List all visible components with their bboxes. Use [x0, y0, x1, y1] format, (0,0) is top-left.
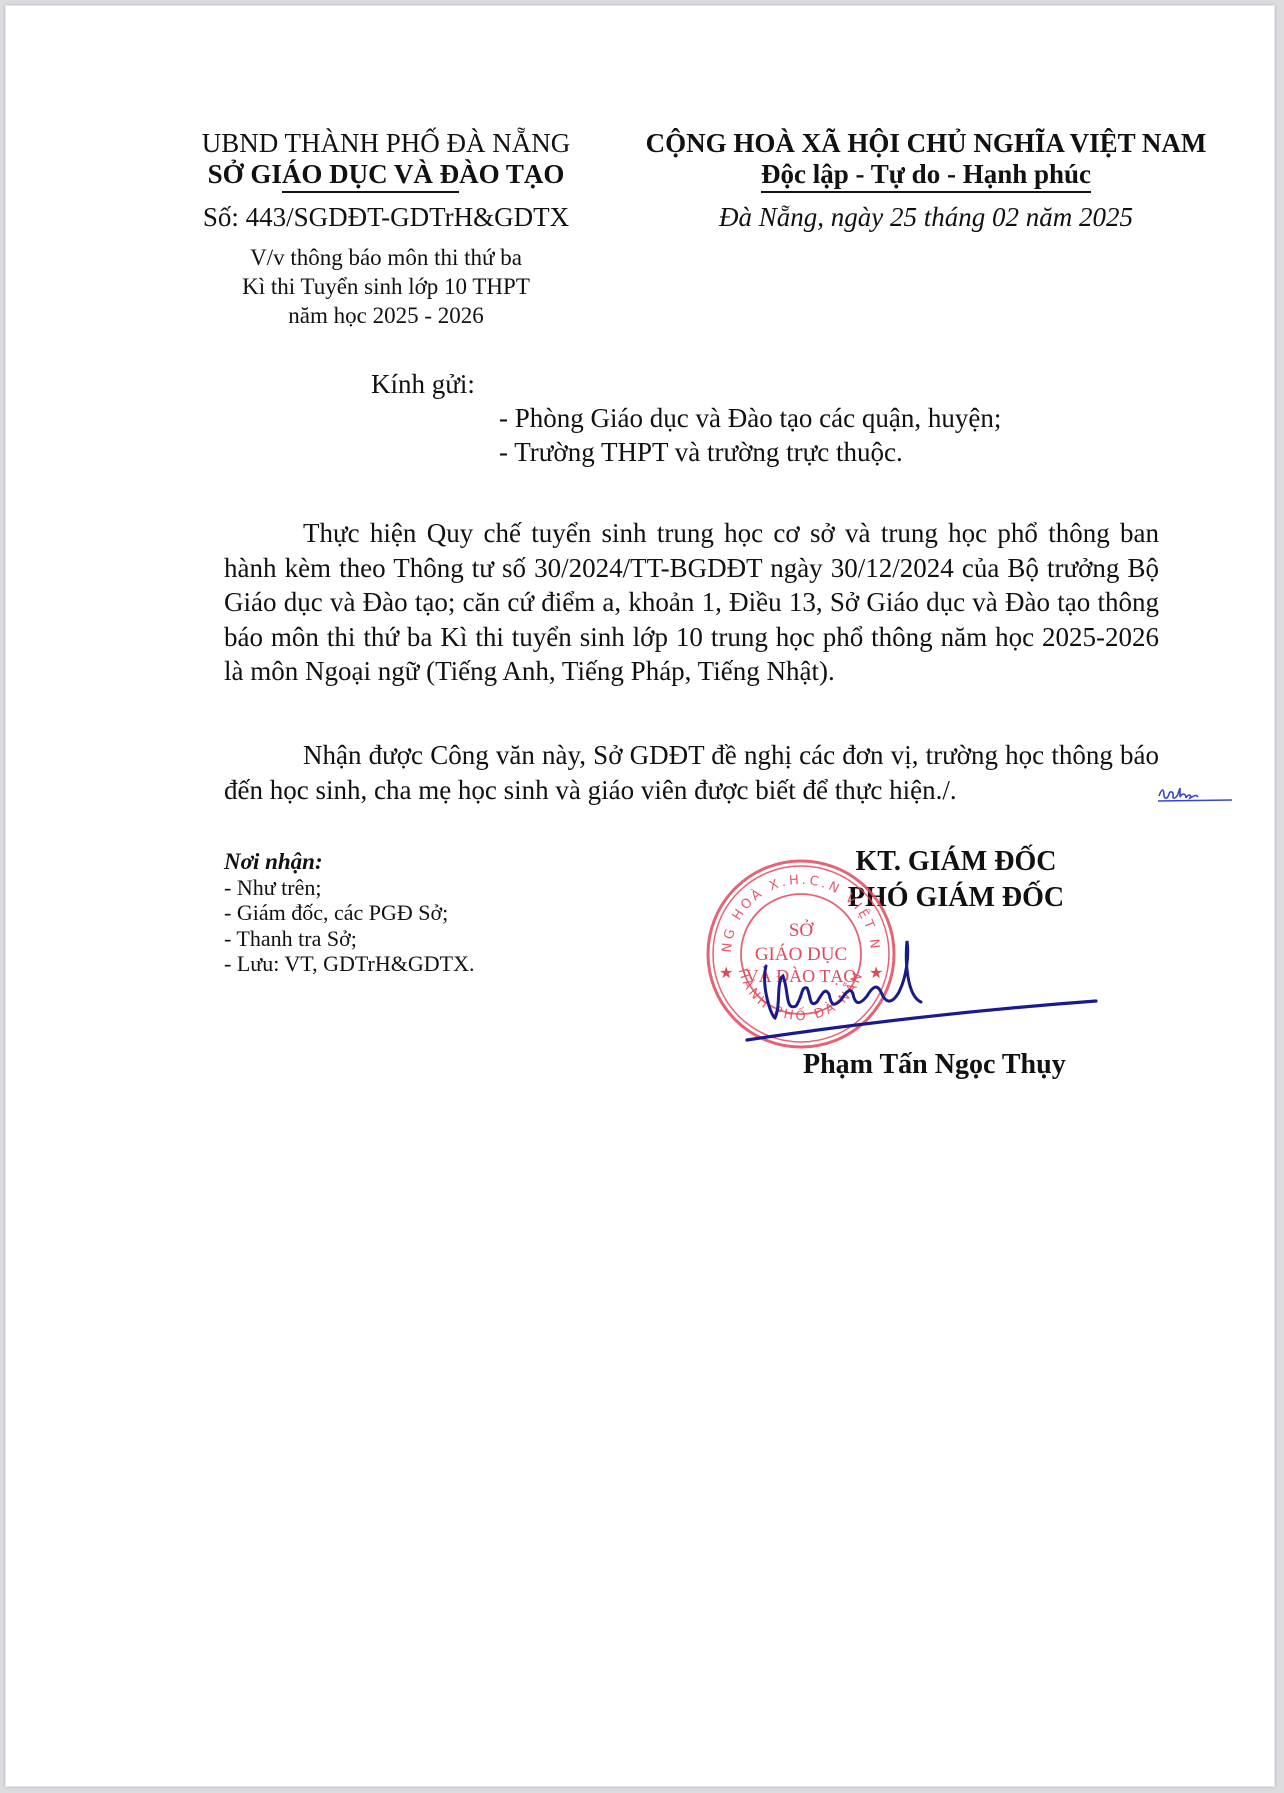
distribution-item: - Như trên;: [224, 875, 474, 901]
body-paragraph-1: Thực hiện Quy chế tuyển sinh trung học c…: [224, 516, 1159, 689]
national-title: CỘNG HOÀ XÃ HỘI CHỦ NGHĨA VIỆT NAM: [626, 128, 1226, 159]
document-page: UBND THÀNH PHỐ ĐÀ NẴNG SỞ GIÁO DỤC VÀ ĐÀ…: [5, 5, 1275, 1787]
distribution-item: - Lưu: VT, GDTrH&GDTX.: [224, 951, 474, 977]
subject-line: Kì thi Tuyển sinh lớp 10 THPT: [186, 272, 586, 301]
recipients-title: Kính gửi:: [371, 369, 475, 400]
document-subject: V/v thông báo môn thi thứ ba Kì thi Tuyể…: [186, 243, 586, 330]
initials-mark: [1156, 784, 1236, 804]
subject-line: năm học 2025 - 2026: [186, 301, 586, 330]
national-header: CỘNG HOÀ XÃ HỘI CHỦ NGHĨA VIỆT NAM Độc l…: [626, 128, 1226, 233]
recipient-item: - Trường THPT và trường trực thuộc.: [499, 437, 903, 468]
recipient-item: - Phòng Giáo dục và Đào tạo các quận, hu…: [499, 403, 1001, 434]
agency-part-underlined: ÁO DỤC VÀ Đ: [282, 159, 459, 193]
document-number: Số: 443/SGDĐT-GDTrH&GDTX: [186, 202, 586, 233]
motto-text: Độc lập - Tự do - Hạnh phúc: [761, 159, 1091, 193]
issuer-header: UBND THÀNH PHỐ ĐÀ NẴNG SỞ GIÁO DỤC VÀ ĐÀ…: [186, 128, 586, 330]
subject-line: V/v thông báo môn thi thứ ba: [186, 243, 586, 272]
place-date: Đà Nẵng, ngày 25 tháng 02 năm 2025: [626, 202, 1226, 233]
distribution-item: - Thanh tra Sở;: [224, 926, 474, 952]
signer-name: Phạm Tấn Ngọc Thụy: [803, 1049, 1066, 1081]
issuer-authority: UBND THÀNH PHỐ ĐÀ NẴNG: [186, 128, 586, 159]
agency-part: SỞ GI: [208, 159, 282, 189]
distribution-list: Nơi nhận: - Như trên; - Giám đốc, các PG…: [224, 849, 474, 977]
handwritten-signature: [741, 936, 1101, 1046]
issuer-agency: SỞ GIÁO DỤC VÀ ĐÀO TẠO: [186, 159, 586, 193]
distribution-item: - Giám đốc, các PGĐ Sở;: [224, 900, 474, 926]
distribution-title: Nơi nhận:: [224, 849, 474, 875]
body-paragraph-2: Nhận được Công văn này, Sở GDĐT đề nghị …: [224, 738, 1159, 807]
svg-text:★: ★: [719, 965, 733, 982]
national-motto: Độc lập - Tự do - Hạnh phúc: [626, 159, 1226, 193]
agency-part: ÀO TẠO: [459, 159, 564, 189]
